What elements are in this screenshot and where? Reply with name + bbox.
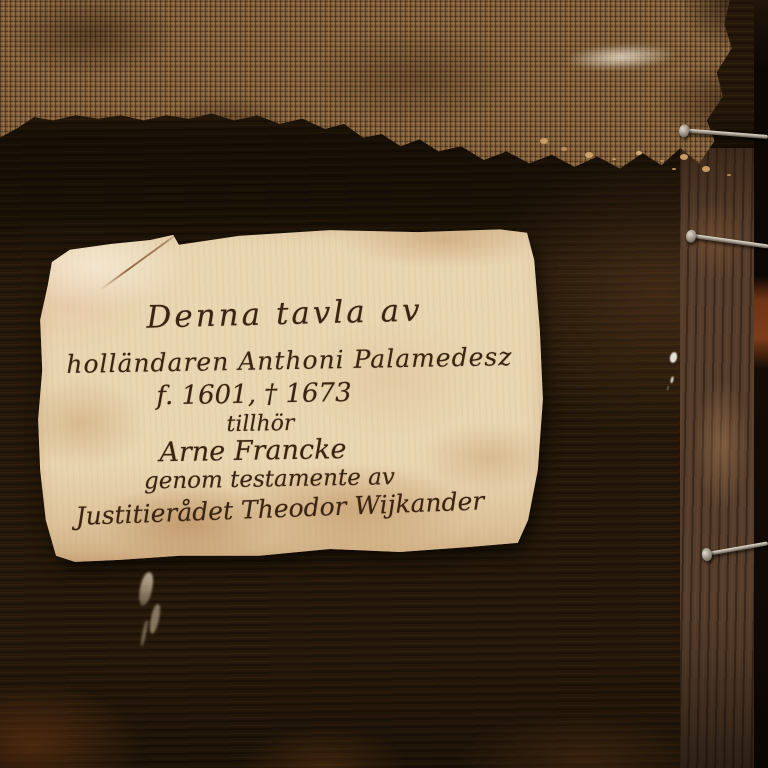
nail-head <box>685 229 697 243</box>
paint-smudge <box>564 41 677 73</box>
label-line-2: holländaren Anthoni Palamedesz <box>33 342 545 380</box>
provenance-label: Denna tavla av holländaren Anthoni Palam… <box>34 226 546 566</box>
nail-head <box>679 124 690 138</box>
painting-verso-photo: Denna tavla av holländaren Anthoni Palam… <box>0 0 768 768</box>
label-text: Denna tavla av holländaren Anthoni Palam… <box>31 222 549 571</box>
label-line-1: Denna tavla av <box>28 289 541 338</box>
wood-debris <box>540 138 548 144</box>
label-paper: Denna tavla av holländaren Anthoni Palam… <box>34 226 546 566</box>
panel-right-border <box>754 0 768 768</box>
